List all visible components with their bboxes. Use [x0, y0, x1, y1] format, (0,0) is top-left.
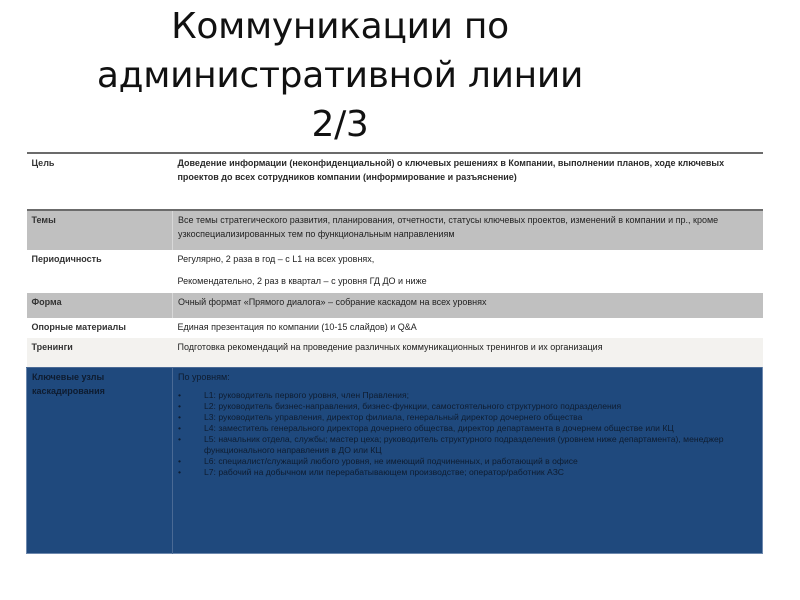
row-label-form: Форма [27, 293, 173, 318]
table-row-form: Форма Очный формат «Прямого диалога» – с… [27, 293, 763, 318]
row-label-periodicity: Периодичность [27, 250, 173, 293]
table-row-materials: Опорные материалы Единая презентация по … [27, 318, 763, 338]
row-value-goal: Доведение информации (неконфиденциальной… [173, 153, 763, 210]
slide-title-line-3: 2/3 [60, 100, 620, 149]
slide-title-line-1: Коммуникации по [60, 2, 620, 51]
level-item-l7: L7: рабочий на добычном или перерабатыва… [178, 467, 757, 478]
table-row-topics: Темы Все темы стратегического развития, … [27, 210, 763, 250]
slide-title: Коммуникации по административной линии 2… [60, 2, 620, 149]
row-label-topics: Темы [27, 210, 173, 250]
cascade-levels-list: L1: руководитель первого уровня, член Пр… [178, 390, 757, 478]
row-label-materials: Опорные материалы [27, 318, 173, 338]
row-label-cascade-nodes: Ключевые узлы каскадирования [27, 368, 173, 554]
cascade-intro: По уровням: [178, 370, 757, 384]
level-item-l5: L5: начальник отдела, службы; мастер цех… [178, 434, 757, 456]
table-row-goal: Цель Доведение информации (неконфиденциа… [27, 153, 763, 210]
level-item-l4: L4: заместитель генерального директора д… [178, 423, 757, 434]
row-value-cascade-nodes: По уровням: L1: руководитель первого уро… [173, 368, 763, 554]
row-value-periodicity: Регулярно, 2 раза в год – с L1 на всех у… [173, 250, 763, 293]
row-value-topics: Все темы стратегического развития, плани… [173, 210, 763, 250]
periodicity-regular: Регулярно, 2 раза в год – с L1 на всех у… [178, 252, 758, 266]
level-item-l1: L1: руководитель первого уровня, член Пр… [178, 390, 757, 401]
table-row-trainings: Тренинги Подготовка рекомендаций на пров… [27, 338, 763, 368]
row-label-goal: Цель [27, 153, 173, 210]
row-value-form: Очный формат «Прямого диалога» – собрани… [173, 293, 763, 318]
table-row-cascade-nodes: Ключевые узлы каскадирования По уровням:… [27, 368, 763, 554]
table-row-periodicity: Периодичность Регулярно, 2 раза в год – … [27, 250, 763, 293]
periodicity-recommended: Рекомендательно, 2 раз в квартал – с уро… [178, 274, 758, 288]
slide-title-line-2: административной линии [60, 51, 620, 100]
row-value-trainings: Подготовка рекомендаций на проведение ра… [173, 338, 763, 368]
row-value-materials: Единая презентация по компании (10-15 сл… [173, 318, 763, 338]
level-item-l3: L3: руководитель управления, директор фи… [178, 412, 757, 423]
row-label-trainings: Тренинги [27, 338, 173, 368]
level-item-l6: L6: специалист/служащий любого уровня, н… [178, 456, 757, 467]
level-item-l2: L2: руководитель бизнес-направления, биз… [178, 401, 757, 412]
communications-table: Цель Доведение информации (неконфиденциа… [26, 152, 763, 554]
